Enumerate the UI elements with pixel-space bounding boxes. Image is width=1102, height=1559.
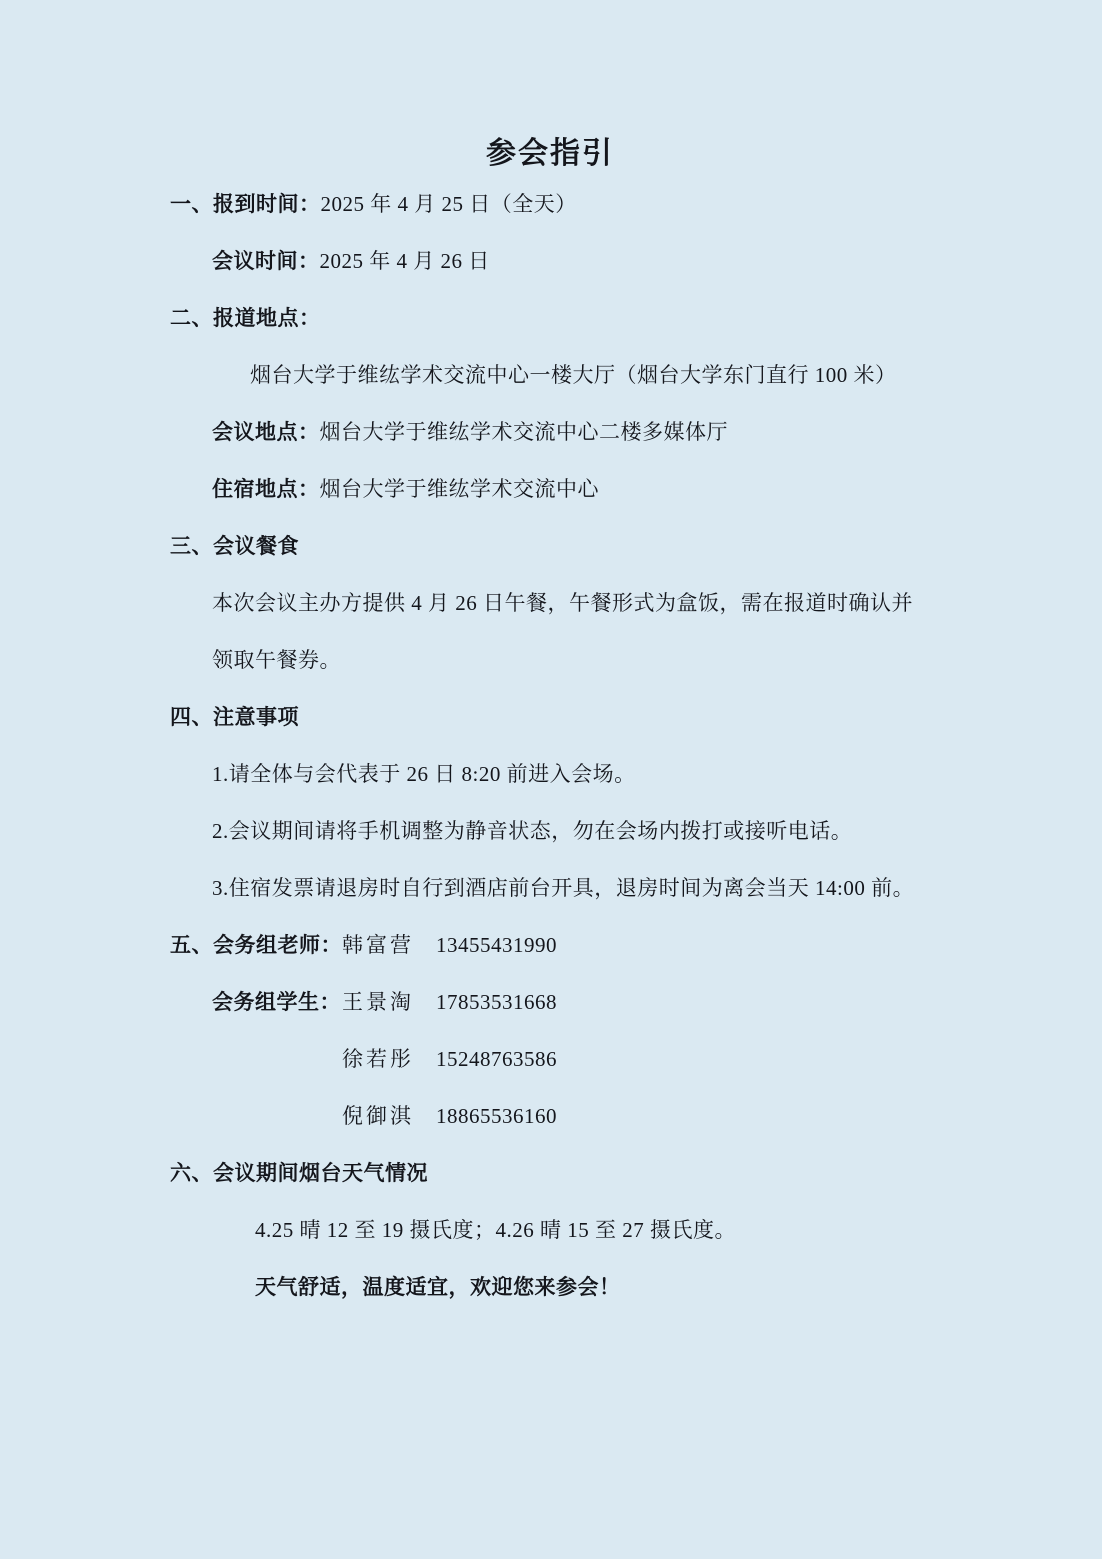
contact-name: 徐若彤	[342, 1031, 436, 1088]
closing-line: 天气舒适，温度适宜，欢迎您来参会！	[170, 1259, 930, 1316]
contact-name: 倪御淇	[342, 1088, 436, 1145]
meeting-place-label: 会议地点：	[212, 420, 320, 444]
line-meeting-place: 会议地点：烟台大学于维纮学术交流中心二楼多媒体厅	[170, 404, 930, 461]
staff-teacher-label: 五、会务组老师：	[170, 917, 342, 974]
contact-name: 韩富营	[342, 917, 436, 974]
heading-notes: 四、注意事项	[170, 689, 930, 746]
registration-place-value: 烟台大学于维纮学术交流中心一楼大厅（烟台大学东门直行 100 米）	[250, 363, 897, 387]
notes-heading: 四、注意事项	[170, 705, 299, 729]
doc-content: 一、报到时间：2025 年 4 月 25 日（全天） 会议时间：2025 年 4…	[170, 176, 930, 1316]
note-item-2: 2.会议期间请将手机调整为静音状态，勿在会场内拨打或接听电话。	[170, 803, 930, 860]
lodging-place-value: 烟台大学于维纮学术交流中心	[320, 477, 600, 501]
staff-student-label: 会务组学生：	[212, 974, 342, 1031]
note-item-1: 1.请全体与会代表于 26 日 8:20 前进入会场。	[170, 746, 930, 803]
weather-heading: 六、会议期间烟台天气情况	[170, 1161, 428, 1185]
note-item-3: 3.住宿发票请退房时自行到酒店前台开具，退房时间为离会当天 14:00 前。	[170, 860, 930, 917]
line-meeting-time: 会议时间：2025 年 4 月 26 日	[170, 233, 930, 290]
contact-phone: 17853531668	[436, 990, 557, 1014]
heading-weather: 六、会议期间烟台天气情况	[170, 1145, 930, 1202]
closing-text: 天气舒适，温度适宜，欢迎您来参会！	[255, 1275, 621, 1299]
heading-meals: 三、会议餐食	[170, 518, 930, 575]
contact-row-student-1: 会务组学生：王景淘17853531668	[170, 974, 930, 1031]
contact-phone: 15248763586	[436, 1047, 557, 1071]
line-registration-place-value: 烟台大学于维纮学术交流中心一楼大厅（烟台大学东门直行 100 米）	[170, 347, 930, 404]
registration-place-heading: 二、报道地点：	[170, 306, 321, 330]
contact-row-student-3: 倪御淇18865536160	[170, 1088, 930, 1145]
lodging-place-label: 住宿地点：	[212, 477, 320, 501]
weather-forecast-line: 4.25 晴 12 至 19 摄氏度；4.26 晴 15 至 27 摄氏度。	[170, 1202, 930, 1259]
meals-heading: 三、会议餐食	[170, 534, 299, 558]
document-page: 参会指引 一、报到时间：2025 年 4 月 25 日（全天） 会议时间：202…	[0, 0, 1102, 1559]
contact-row-student-2: 徐若彤15248763586	[170, 1031, 930, 1088]
meals-paragraph: 本次会议主办方提供 4 月 26 日午餐，午餐形式为盒饭，需在报道时确认并领取午…	[170, 575, 930, 689]
line-lodging-place: 住宿地点：烟台大学于维纮学术交流中心	[170, 461, 930, 518]
meeting-place-value: 烟台大学于维纮学术交流中心二楼多媒体厅	[320, 420, 729, 444]
doc-title: 参会指引	[170, 0, 930, 170]
checkin-time-label: 一、报到时间：	[170, 192, 321, 216]
meeting-time-label: 会议时间：	[212, 249, 320, 273]
contact-phone: 13455431990	[436, 933, 557, 957]
contact-row-teacher: 五、会务组老师：韩富营13455431990	[170, 917, 930, 974]
heading-registration-place: 二、报道地点：	[170, 290, 930, 347]
line-checkin-time: 一、报到时间：2025 年 4 月 25 日（全天）	[170, 176, 930, 233]
contact-phone: 18865536160	[436, 1104, 557, 1128]
contact-name: 王景淘	[342, 974, 436, 1031]
meeting-time-value: 2025 年 4 月 26 日	[320, 249, 490, 273]
checkin-time-value: 2025 年 4 月 25 日（全天）	[321, 192, 577, 216]
